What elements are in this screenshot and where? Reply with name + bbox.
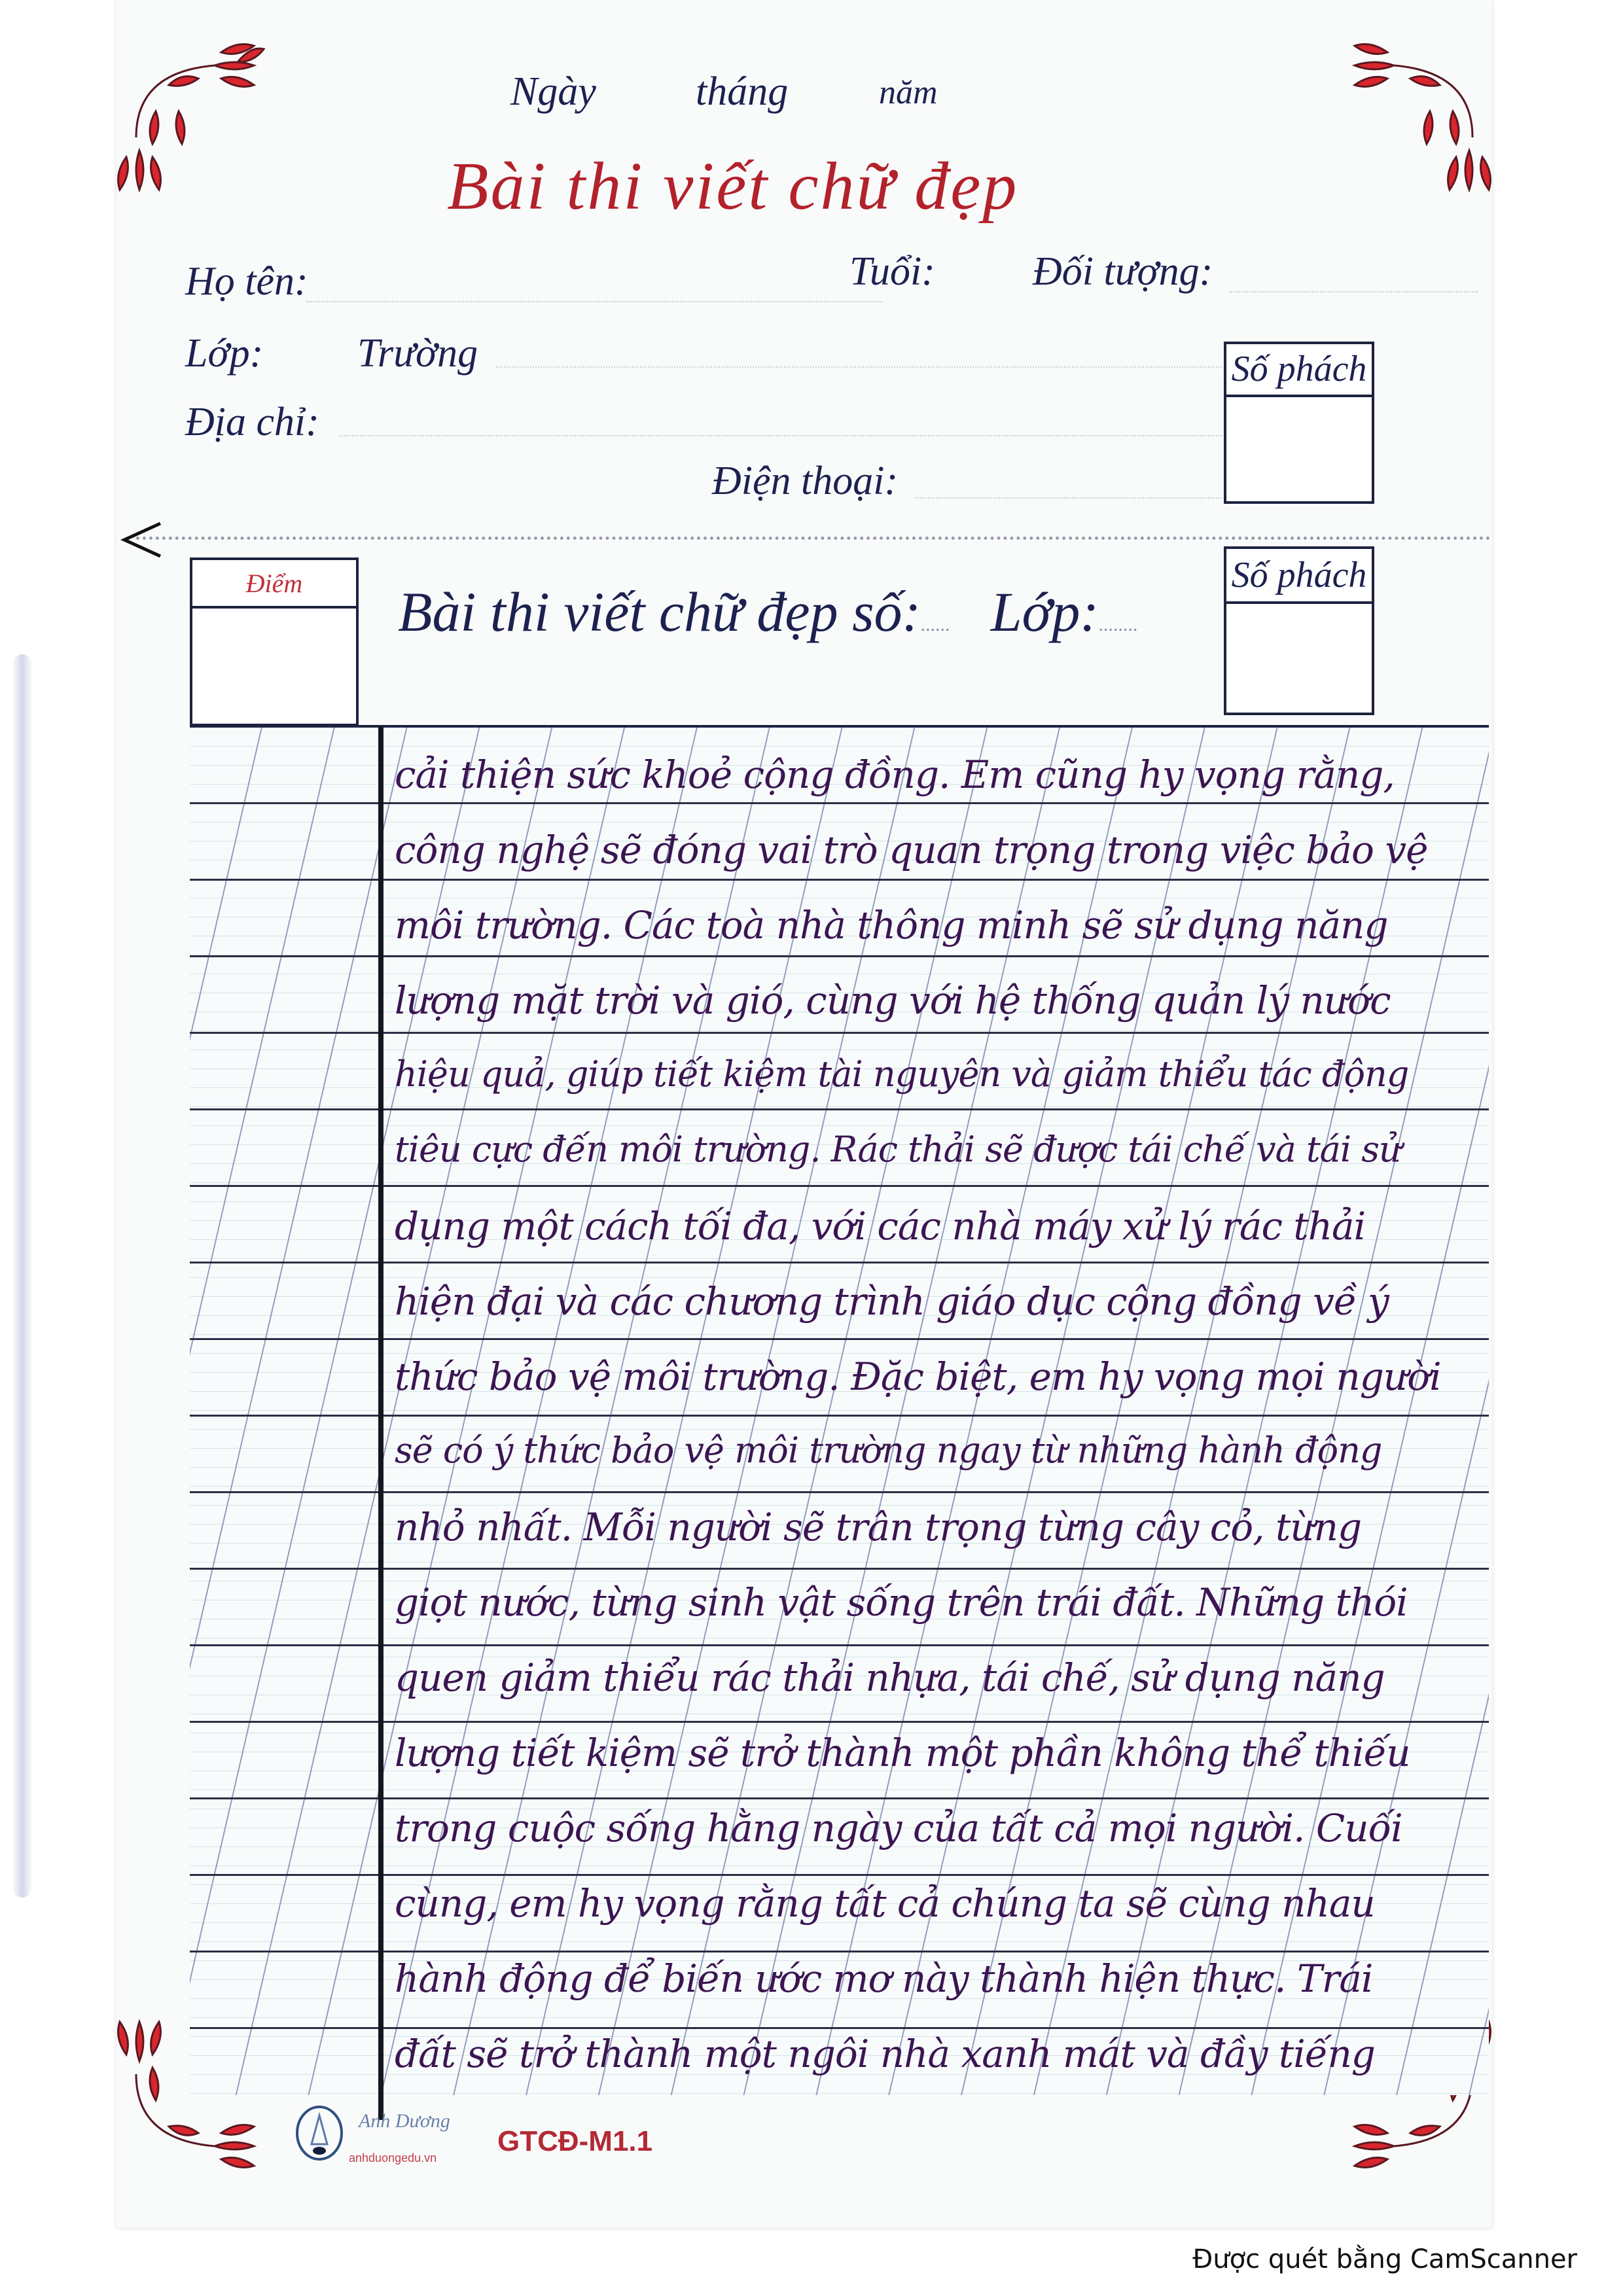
name-field[interactable] bbox=[306, 301, 882, 302]
publisher-signature: Anh Dương bbox=[359, 2110, 450, 2132]
category-field[interactable] bbox=[1229, 291, 1478, 292]
publisher-logo-icon bbox=[293, 2104, 346, 2163]
handwriting-line: công nghệ sẽ đóng vai trò quan trọng tro… bbox=[395, 828, 1427, 872]
score-box-label: Điểm bbox=[246, 568, 303, 599]
handwriting-line: lượng tiết kiệm sẽ trở thành một phần kh… bbox=[395, 1731, 1410, 1775]
handwriting-line: đất sẽ trở thành một ngôi nhà xanh mát v… bbox=[395, 2032, 1375, 2076]
handwriting-line: dụng một cách tối đa, với các nhà máy xử… bbox=[395, 1204, 1365, 1248]
camscanner-watermark: Được quét bằng CamScanner bbox=[1192, 2244, 1577, 2274]
class-label: Lớp: bbox=[185, 330, 263, 377]
handwriting-line: môi trường. Các toà nhà thông minh sẽ sử… bbox=[395, 903, 1388, 947]
date-day-label: Ngày bbox=[510, 69, 596, 115]
school-field[interactable] bbox=[496, 366, 1236, 368]
handwriting-line: lượng mặt trời và gió, cùng với hệ thống… bbox=[395, 978, 1391, 1023]
page-title: Bài thi viết chữ đẹp bbox=[447, 147, 1018, 225]
handwriting-line: cải thiện sức khoẻ cộng đồng. Em cũng hy… bbox=[395, 752, 1395, 797]
name-label: Họ tên: bbox=[185, 258, 308, 305]
cut-line bbox=[136, 537, 1491, 540]
handwriting-line: sẽ có ý thức bảo vệ môi trường ngay từ n… bbox=[395, 1430, 1382, 1471]
code-box-bottom: Số phách bbox=[1224, 546, 1374, 715]
school-label: Trường bbox=[357, 330, 478, 377]
scissors-mark-icon bbox=[118, 520, 164, 559]
code-box-top: Số phách bbox=[1224, 342, 1374, 504]
handwriting-line: tiêu cực đến môi trường. Rác thải sẽ đượ… bbox=[395, 1129, 1401, 1170]
handwriting-line: hành động để biến ước mơ này thành hiện … bbox=[395, 1956, 1372, 2001]
date-month-label: tháng bbox=[696, 69, 788, 115]
handwriting-line: giọt nước, từng sinh vật sống trên trái … bbox=[395, 1580, 1408, 1625]
exam-heading: Bài thi viết chữ đẹp số:...... Lớp:.....… bbox=[398, 579, 1138, 645]
score-box: Điểm bbox=[190, 557, 359, 726]
code-box-bottom-label: Số phách bbox=[1232, 554, 1367, 596]
handwriting-line: trong cuộc sống hằng ngày của tất cả mọi… bbox=[395, 1806, 1402, 1850]
handwriting-line: quen giảm thiểu rác thải nhựa, tái chế, … bbox=[395, 1655, 1385, 1700]
exam-heading-text: Bài thi viết chữ đẹp số: bbox=[398, 580, 921, 643]
corner-ornament-top-right-icon bbox=[1322, 39, 1492, 209]
exam-sheet: Ngày tháng năm Bài thi viết chữ đẹp Họ t… bbox=[116, 0, 1492, 2228]
age-label: Tuổi: bbox=[849, 249, 935, 295]
handwriting-line: hiệu quả, giúp tiết kiệm tài nguyên và g… bbox=[395, 1053, 1408, 1095]
handwriting-line: cùng, em hy vọng rằng tất cả chúng ta sẽ… bbox=[395, 1881, 1375, 1926]
phone-field[interactable] bbox=[915, 497, 1236, 499]
address-field[interactable] bbox=[339, 435, 1236, 436]
margin-line bbox=[378, 726, 383, 2120]
corner-ornament-top-left-icon bbox=[116, 39, 287, 209]
date-year-label: năm bbox=[879, 73, 938, 112]
code-box-top-label: Số phách bbox=[1232, 348, 1367, 390]
phone-label: Điện thoại: bbox=[712, 458, 898, 504]
publisher-site: anhduongedu.vn bbox=[349, 2151, 437, 2165]
form-code: GTCĐ-M1.1 bbox=[497, 2125, 652, 2158]
address-label: Địa chỉ: bbox=[185, 399, 319, 446]
category-label: Đối tượng: bbox=[1033, 249, 1213, 295]
handwriting-line: hiện đại và các chương trình giáo dục cộ… bbox=[395, 1279, 1389, 1324]
handwriting-line: nhỏ nhất. Mỗi người sẽ trân trọng từng c… bbox=[395, 1505, 1361, 1549]
page-edge-shadow bbox=[13, 654, 31, 1898]
exam-class-label: Lớp: bbox=[991, 580, 1099, 643]
handwriting-line: thức bảo vệ môi trường. Đặc biệt, em hy … bbox=[395, 1354, 1441, 1399]
